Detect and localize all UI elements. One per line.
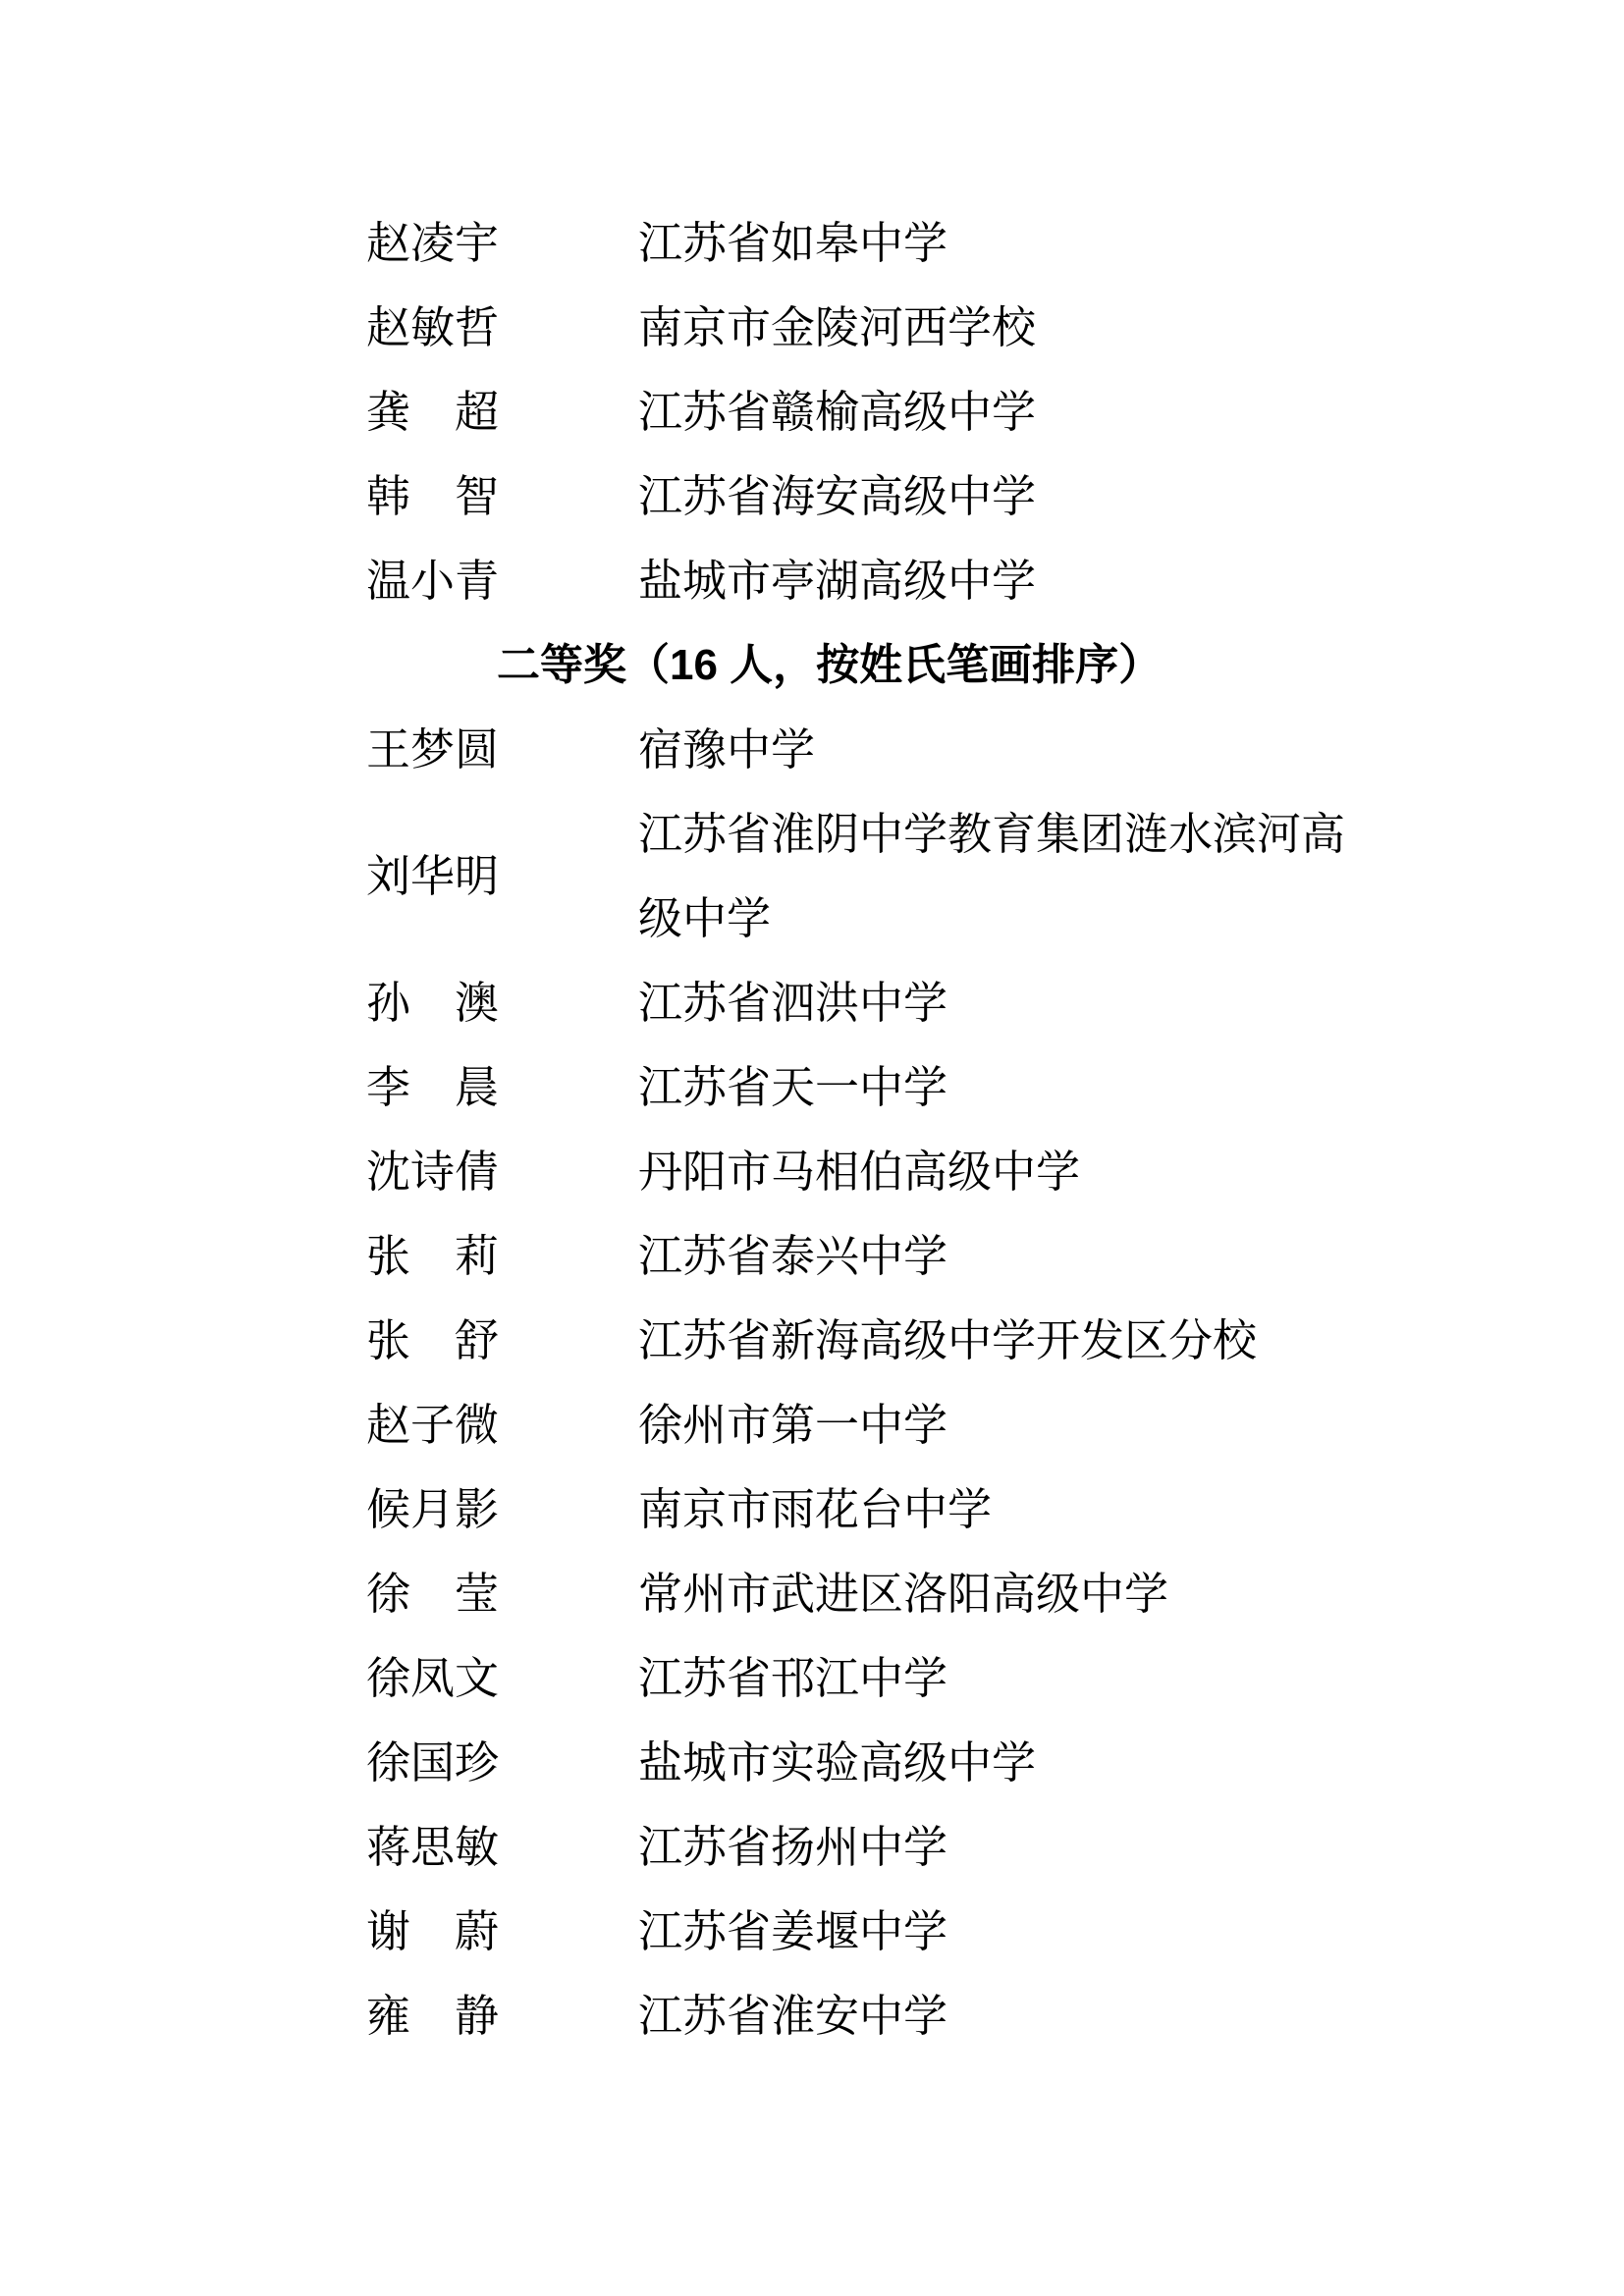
winner-name: 赵凌宇 xyxy=(366,201,638,286)
second-prize-heading: 二等奖（16 人，按姓氏笔画排序） xyxy=(497,623,1373,708)
award-row: 谢 蔚 江苏省姜堰中学 xyxy=(366,1890,1373,1974)
school-name: 江苏省赣榆高级中学 xyxy=(638,370,1365,454)
winner-name: 龚 超 xyxy=(366,370,638,454)
award-row: 孙 澳 江苏省泗洪中学 xyxy=(366,961,1373,1045)
award-row: 徐凤文 江苏省邗江中学 xyxy=(366,1636,1373,1721)
winner-name: 蒋思敏 xyxy=(366,1805,638,1890)
winner-name: 韩 智 xyxy=(366,454,638,539)
school-name: 徐州市第一中学 xyxy=(638,1383,1365,1468)
school-name: 南京市雨花台中学 xyxy=(638,1468,1365,1552)
winner-name: 孙 澳 xyxy=(366,961,638,1045)
school-name: 宿豫中学 xyxy=(638,708,1365,792)
award-row: 张 舒 江苏省新海高级中学开发区分校 xyxy=(366,1299,1373,1383)
school-name: 盐城市亭湖高级中学 xyxy=(638,539,1365,623)
winner-name: 谢 蔚 xyxy=(366,1890,638,1974)
winner-name: 徐 莹 xyxy=(366,1552,638,1636)
school-name: 江苏省如皋中学 xyxy=(638,201,1365,286)
award-row: 赵敏哲 南京市金陵河西学校 xyxy=(366,286,1373,370)
winner-name: 赵子微 xyxy=(366,1383,638,1468)
document-page: 赵凌宇 江苏省如皋中学 赵敏哲 南京市金陵河西学校 龚 超 江苏省赣榆高级中学 … xyxy=(0,0,1624,2296)
winner-name: 王梦圆 xyxy=(366,708,638,792)
winner-name: 徐国珍 xyxy=(366,1721,638,1805)
award-row: 赵凌宇 江苏省如皋中学 xyxy=(366,201,1373,286)
winner-name: 温小青 xyxy=(366,539,638,623)
award-row: 刘华明 江苏省淮阴中学教育集团涟水滨河高级中学 xyxy=(366,792,1373,961)
winner-name: 沈诗倩 xyxy=(366,1130,638,1214)
winner-name: 雍 静 xyxy=(366,1974,638,2058)
school-name: 江苏省海安高级中学 xyxy=(638,454,1365,539)
award-list: 赵凌宇 江苏省如皋中学 赵敏哲 南京市金陵河西学校 龚 超 江苏省赣榆高级中学 … xyxy=(366,201,1373,2058)
school-name: 江苏省新海高级中学开发区分校 xyxy=(638,1299,1365,1383)
award-row: 温小青 盐城市亭湖高级中学 xyxy=(366,539,1373,623)
award-row: 沈诗倩 丹阳市马相伯高级中学 xyxy=(366,1130,1373,1214)
school-name: 丹阳市马相伯高级中学 xyxy=(638,1130,1365,1214)
award-row: 龚 超 江苏省赣榆高级中学 xyxy=(366,370,1373,454)
school-name: 盐城市实验高级中学 xyxy=(638,1721,1365,1805)
award-row: 蒋思敏 江苏省扬州中学 xyxy=(366,1805,1373,1890)
award-row: 徐 莹 常州市武进区洛阳高级中学 xyxy=(366,1552,1373,1636)
winner-name: 赵敏哲 xyxy=(366,286,638,370)
school-name: 江苏省泰兴中学 xyxy=(638,1214,1365,1299)
award-row: 韩 智 江苏省海安高级中学 xyxy=(366,454,1373,539)
school-name: 江苏省淮安中学 xyxy=(638,1974,1365,2058)
winner-name: 刘华明 xyxy=(366,834,638,919)
school-name: 江苏省泗洪中学 xyxy=(638,961,1365,1045)
winner-name: 张 莉 xyxy=(366,1214,638,1299)
award-row: 王梦圆 宿豫中学 xyxy=(366,708,1373,792)
award-row: 张 莉 江苏省泰兴中学 xyxy=(366,1214,1373,1299)
winner-name: 李 晨 xyxy=(366,1045,638,1130)
winner-name: 张 舒 xyxy=(366,1299,638,1383)
winner-name: 徐凤文 xyxy=(366,1636,638,1721)
school-name: 江苏省淮阴中学教育集团涟水滨河高级中学 xyxy=(638,792,1365,961)
award-row: 赵子微 徐州市第一中学 xyxy=(366,1383,1373,1468)
school-name: 常州市武进区洛阳高级中学 xyxy=(638,1552,1365,1636)
school-name: 南京市金陵河西学校 xyxy=(638,286,1365,370)
school-name: 江苏省天一中学 xyxy=(638,1045,1365,1130)
school-name: 江苏省扬州中学 xyxy=(638,1805,1365,1890)
school-name: 江苏省姜堰中学 xyxy=(638,1890,1365,1974)
award-row: 李 晨 江苏省天一中学 xyxy=(366,1045,1373,1130)
school-name: 江苏省邗江中学 xyxy=(638,1636,1365,1721)
award-row: 雍 静 江苏省淮安中学 xyxy=(366,1974,1373,2058)
award-row: 候月影 南京市雨花台中学 xyxy=(366,1468,1373,1552)
award-row: 徐国珍 盐城市实验高级中学 xyxy=(366,1721,1373,1805)
winner-name: 候月影 xyxy=(366,1468,638,1552)
